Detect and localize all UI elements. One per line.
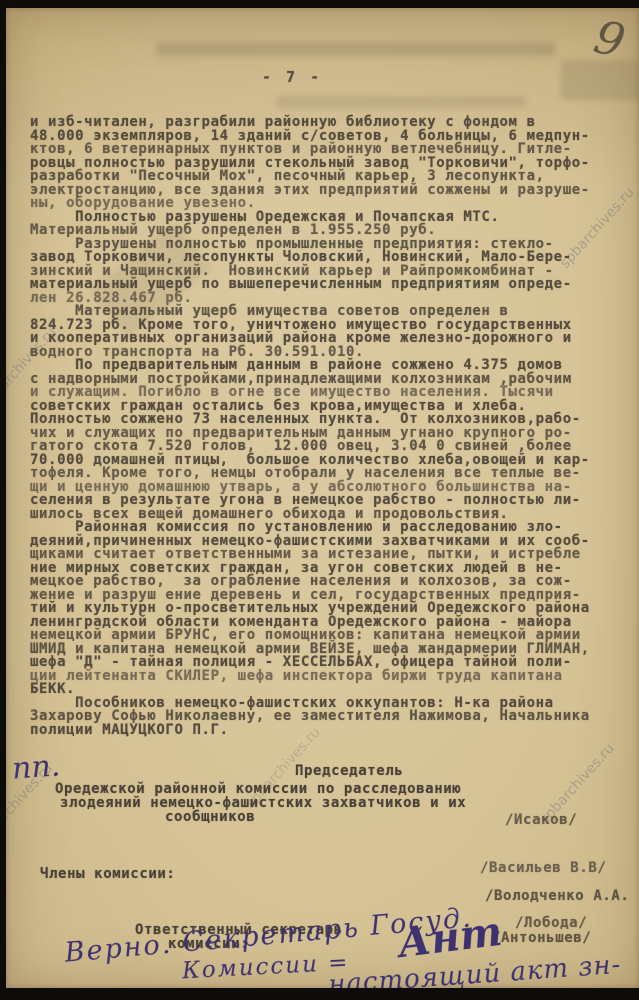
chairman-title: сообщников <box>165 809 255 825</box>
members-label: Члены комиссии: <box>40 866 175 882</box>
member-signature: /Володченко А.А. <box>485 888 629 904</box>
bleedthrough-smudge <box>561 60 639 100</box>
chairman-title: Председатель <box>295 763 403 779</box>
bleedthrough-smudge <box>156 42 556 56</box>
secretary-signature: /Антоньшев/ <box>492 930 591 946</box>
chairman-signature: /Исаков/ <box>505 812 577 828</box>
handwritten-margin-note: пп. <box>11 748 62 786</box>
typed-line: ции лейтенанта СКИЛЕР, шефа инспектора б… <box>30 670 636 684</box>
typed-line: полиции МАЦУЦКОГО П.Г. <box>30 724 636 738</box>
document-page: spbarchives.ru spbarchives.ru spbarchive… <box>6 8 639 988</box>
scanned-archive-document: { "page": { "handwritten_corner_number":… <box>0 0 639 1000</box>
bleedthrough-smudge <box>276 96 526 108</box>
member-signature: /Васильев В.В/ <box>480 860 606 876</box>
document-body: и изб-читален, разграбили районную библи… <box>30 116 636 737</box>
member-signature: /Лобода/ <box>515 915 587 931</box>
chairman-title: злодеяний немецко-фашистских захватчиков… <box>60 795 466 811</box>
page-number: - 7 - <box>262 68 322 86</box>
